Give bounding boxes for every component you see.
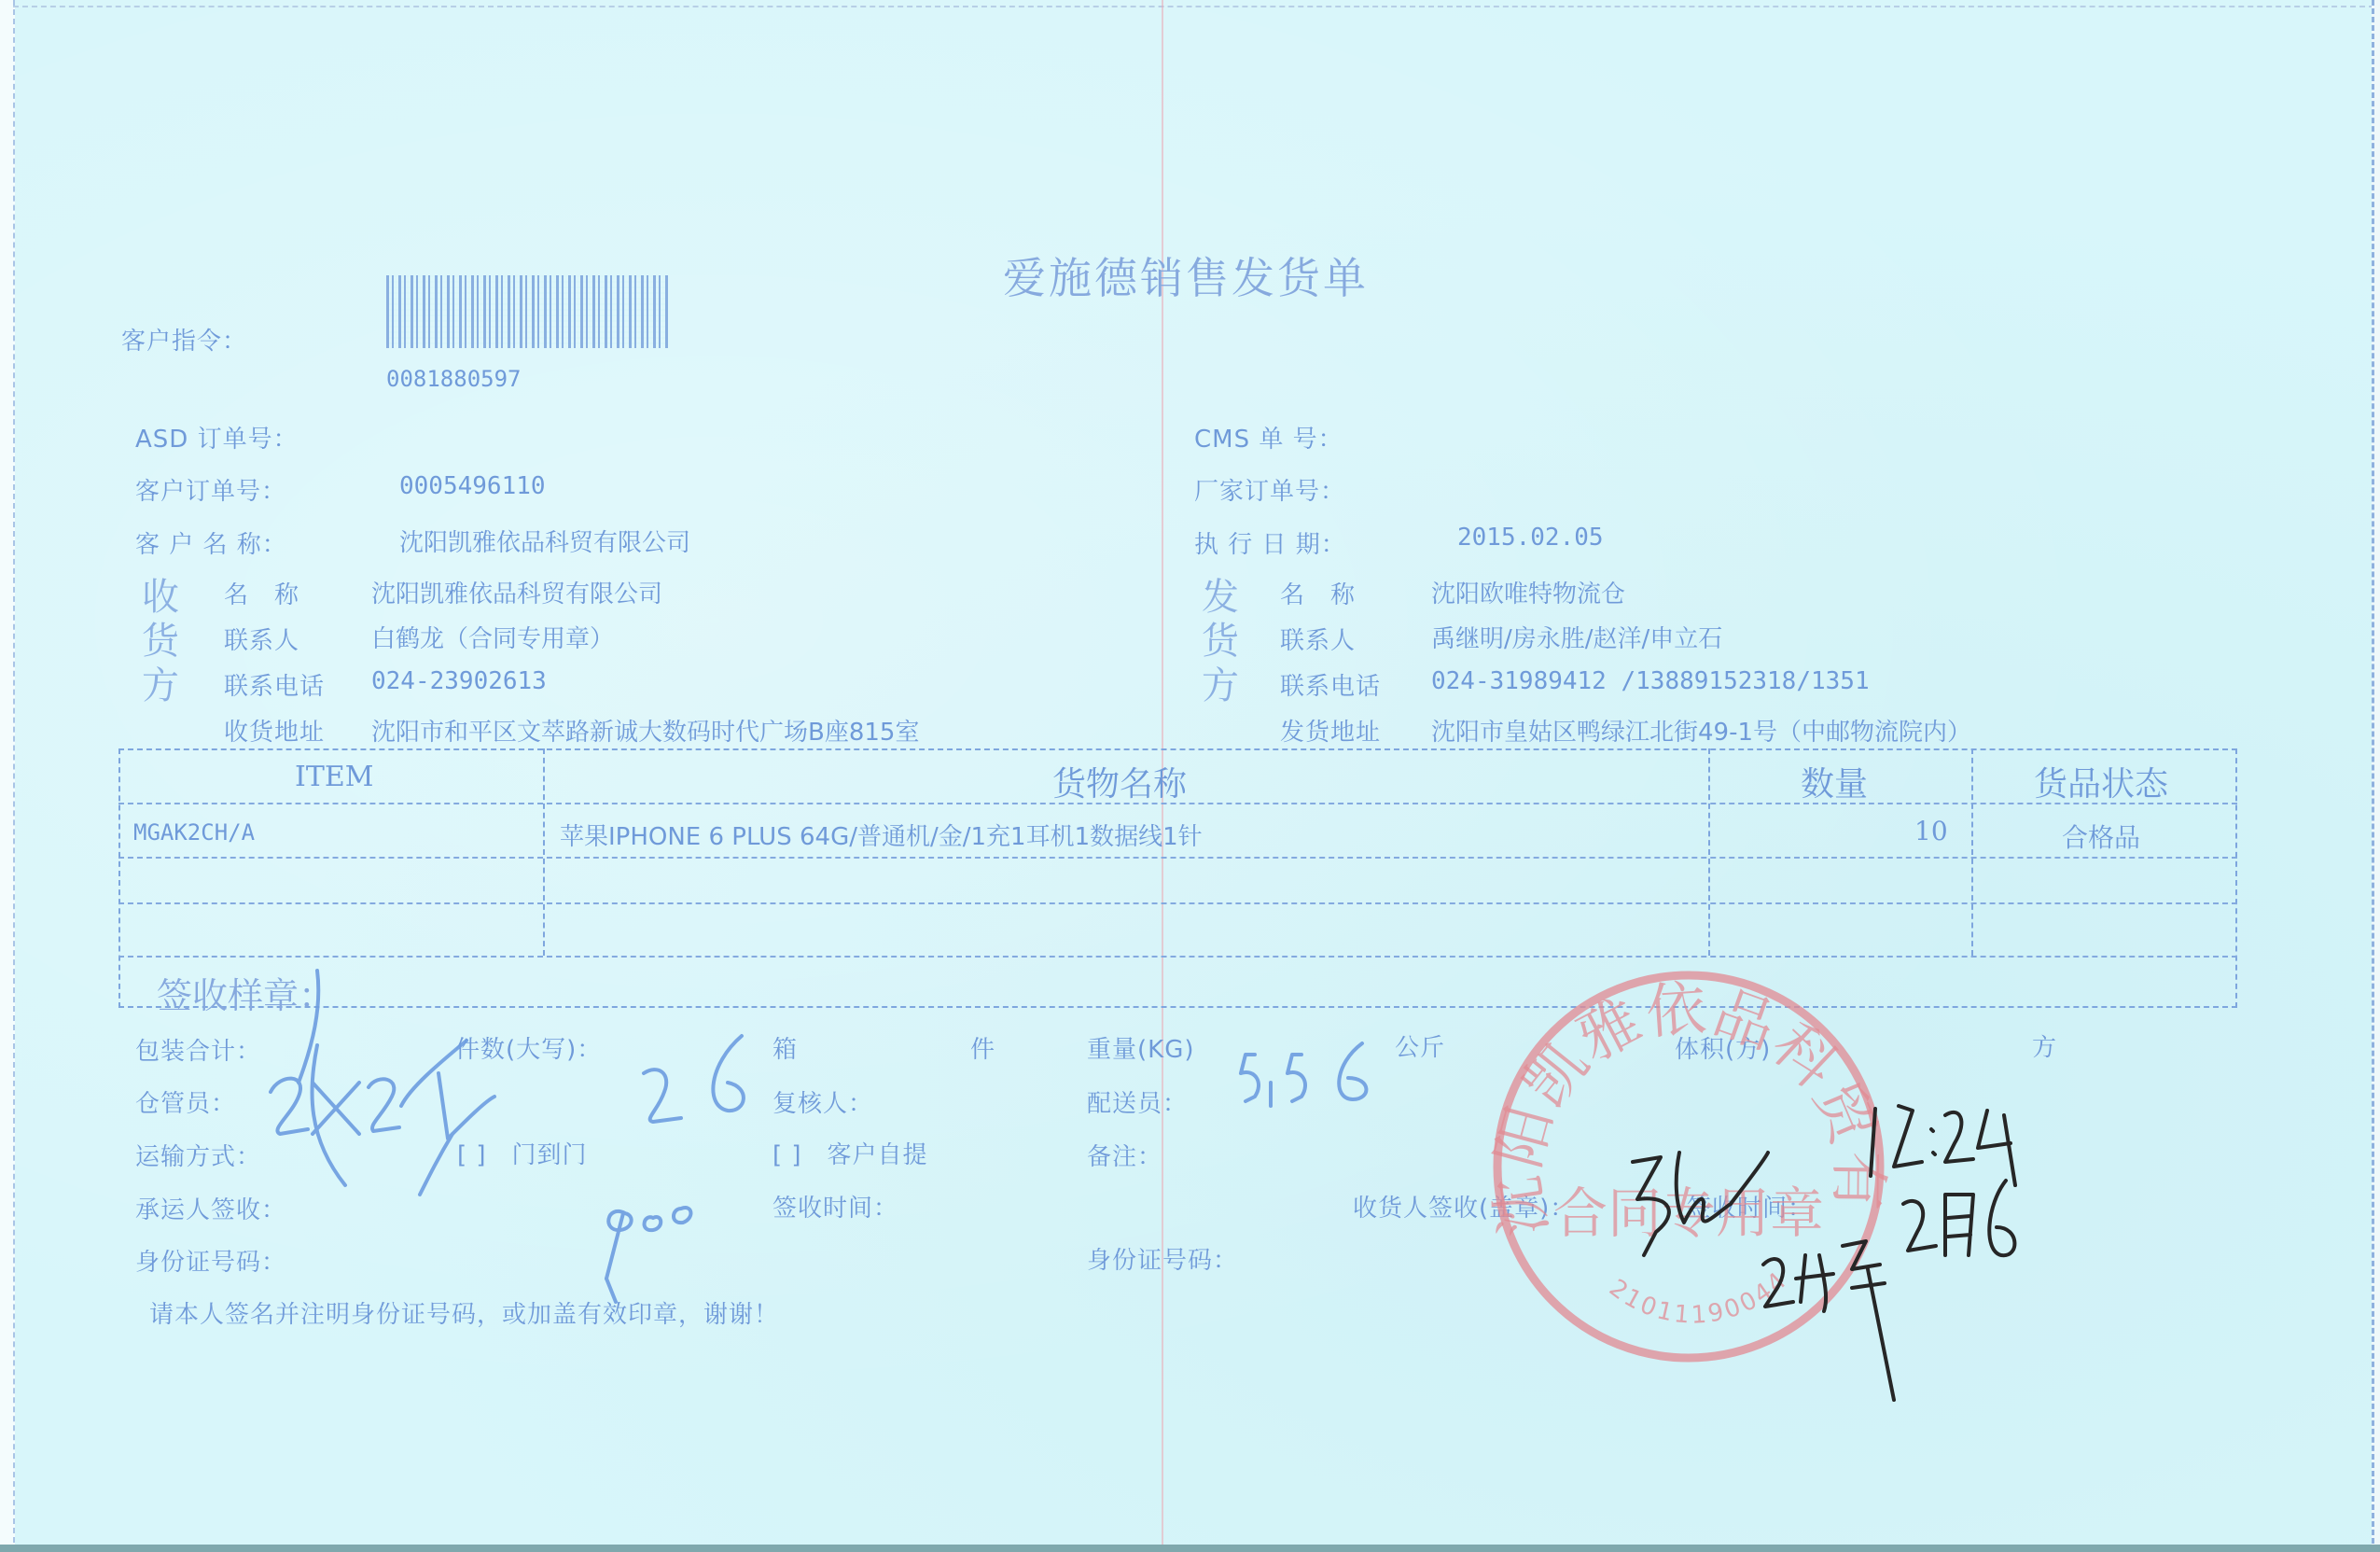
- handwriting-overlay: [0, 0, 2380, 1552]
